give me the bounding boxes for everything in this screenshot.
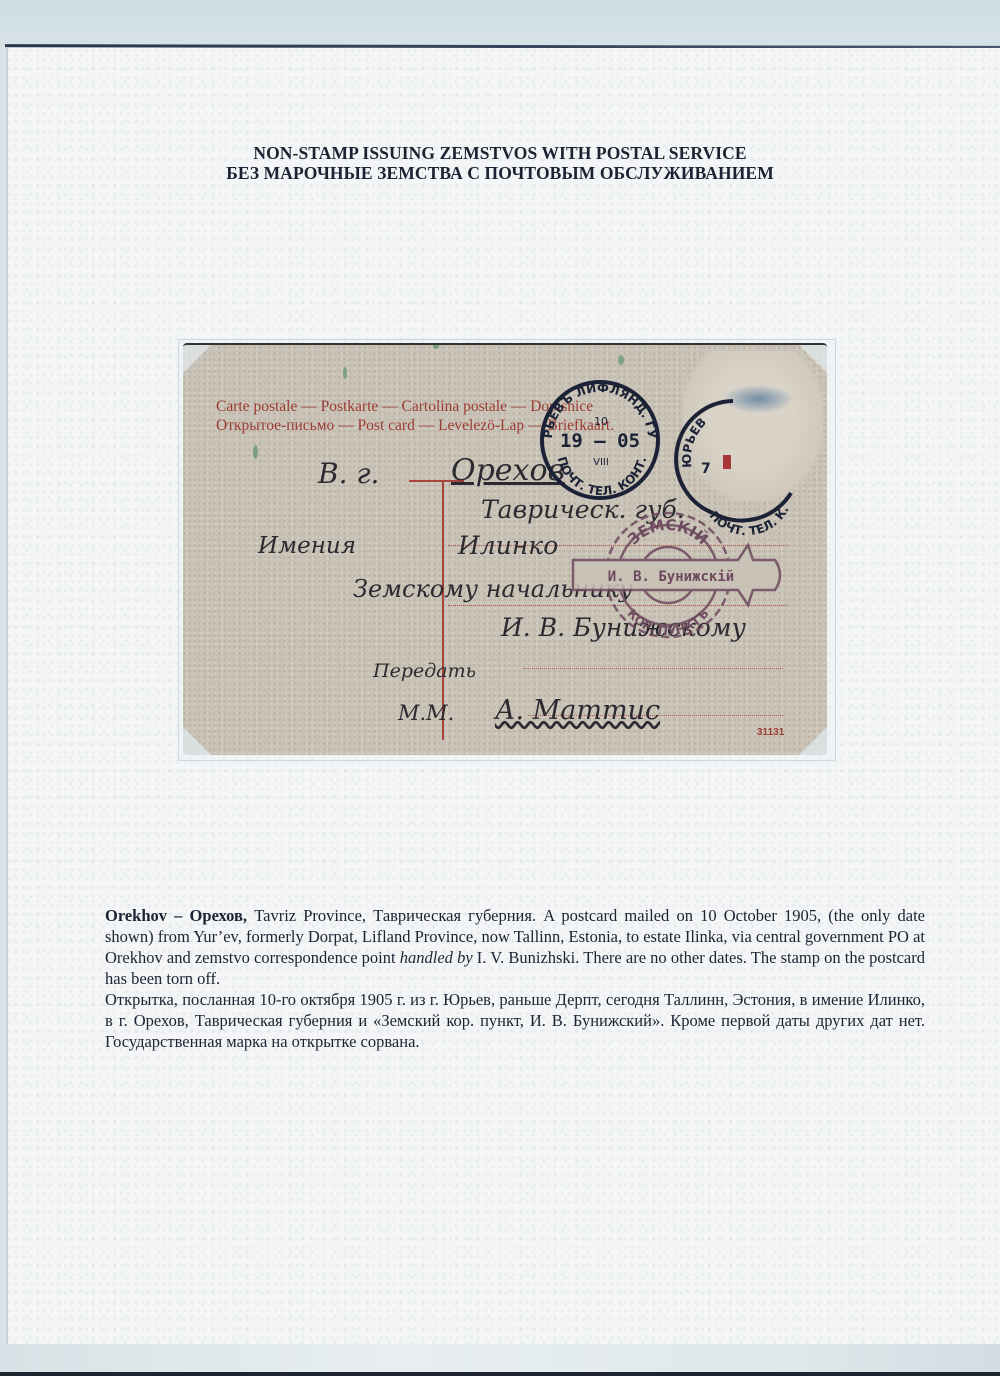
svg-text:КОР. ПУНКТЪ: КОР. ПУНКТЪ <box>624 606 711 638</box>
postmark-left-day: 10 <box>594 415 608 428</box>
svg-text:ЮРЬЕВЪ ЛИФЛЯНД. ГУБ.: ЮРЬЕВЪ ЛИФЛЯНД. ГУБ. <box>528 364 659 439</box>
title-russian: БЕЗ МАРОЧНЫЕ ЗЕМСТВА С ПОЧТОВЫМ ОБСЛУЖИВ… <box>0 163 1000 183</box>
photo-corner <box>183 345 211 373</box>
postmark-left-year: 19 — 05 <box>560 430 640 452</box>
handwriting-line-3-right: Илинко <box>458 531 558 560</box>
postmark-yurev-left: ЮРЬЕВЪ ЛИФЛЯНД. ГУБ. ПОЧТ. ТЕЛ. КОНТ. 10… <box>535 375 665 505</box>
postcard: Carte postale — Postkarte — Cartolina po… <box>183 343 827 755</box>
title-english: NON-STAMP ISSUING ZEMSTVOS WITH POSTAL S… <box>0 143 1000 163</box>
handwriting-line-3-left: Имения <box>258 533 356 559</box>
stain <box>253 445 258 459</box>
signature-name: А. Маттис <box>495 695 660 726</box>
handwriting-line-1-prefix: В. г. <box>318 457 379 490</box>
postmark-left-month: VIII <box>593 457 609 468</box>
stain <box>618 355 624 365</box>
handwriting-line-6: Передать <box>373 660 476 682</box>
cachet-banner-text: И. В. Бунижскій <box>608 569 734 585</box>
cachet-bottom-text: КОР. ПУНКТЪ <box>624 606 711 638</box>
scanner-bottom-edge <box>0 1372 1000 1376</box>
photo-corner <box>183 727 211 755</box>
signature-initials: М.М. <box>398 701 454 725</box>
postmark-left-ring-top: ЮРЬЕВЪ ЛИФЛЯНД. ГУБ. <box>528 364 659 439</box>
scanner-top-margin <box>0 0 1000 48</box>
postmark-right-number: 7 <box>701 461 711 477</box>
description-english: Orekhov – Орехов, Tavriz Province, Таври… <box>105 905 925 989</box>
address-line <box>523 668 783 669</box>
postmark-yurev-right: ЮРЬЕВ ПОЧТ. ТЕЛ. К. 7 <box>673 393 803 523</box>
torn-stamp-remnant <box>723 455 731 469</box>
description-russian: Открытка, посланная 10-го октября 1905 г… <box>105 989 925 1052</box>
description: Orekhov – Орехов, Tavriz Province, Таври… <box>105 905 925 1052</box>
card-number: 31131 <box>757 727 784 738</box>
description-heading: Orekhov – Орехов, <box>105 906 247 925</box>
photo-corner <box>799 727 827 755</box>
stain <box>343 367 347 379</box>
stain <box>433 343 439 349</box>
page-title: NON-STAMP ISSUING ZEMSTVOS WITH POSTAL S… <box>0 143 1000 183</box>
scanner-bottom-margin <box>0 1344 1000 1372</box>
